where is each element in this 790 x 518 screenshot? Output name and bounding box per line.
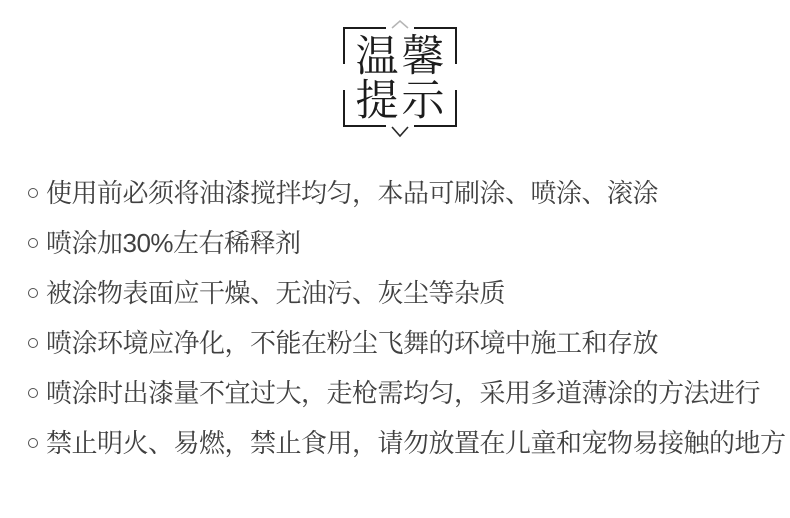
list-item: 禁止明火、易燃，禁止食用，请勿放置在儿童和宠物易接触的地方 xyxy=(28,428,773,458)
tip-text: 使用前必须将油漆搅拌均匀，本品可刷涂、喷涂、滚涂 xyxy=(46,178,658,208)
tips-title: 温馨 提示 xyxy=(343,27,457,127)
tips-title-line2: 提示 xyxy=(353,79,448,123)
bullet-circle-icon xyxy=(28,388,38,398)
tips-header-frame: 温馨 提示 xyxy=(343,27,457,127)
tips-title-line1: 温馨 xyxy=(353,35,448,79)
bullet-circle-icon xyxy=(28,288,38,298)
bullet-circle-icon xyxy=(28,238,38,248)
list-item: 喷涂环境应净化，不能在粉尘飞舞的环境中施工和存放 xyxy=(28,328,773,358)
tip-text: 被涂物表面应干燥、无油污、灰尘等杂质 xyxy=(46,278,505,308)
tips-panel: 温馨 提示 使用前必须将油漆搅拌均匀，本品可刷涂、喷涂、滚涂 喷涂加30%左右稀… xyxy=(0,0,790,518)
list-item: 被涂物表面应干燥、无油污、灰尘等杂质 xyxy=(28,278,773,308)
list-item: 喷涂加30%左右稀释剂 xyxy=(28,228,773,258)
tips-list: 使用前必须将油漆搅拌均匀，本品可刷涂、喷涂、滚涂 喷涂加30%左右稀释剂 被涂物… xyxy=(28,178,773,478)
bullet-circle-icon xyxy=(28,188,38,198)
tip-text: 喷涂加30%左右稀释剂 xyxy=(46,228,301,258)
chevron-down-icon xyxy=(389,126,411,138)
bullet-circle-icon xyxy=(28,338,38,348)
tip-text: 喷涂时出漆量不宜过大，走枪需均匀，采用多道薄涂的方法进行 xyxy=(46,378,760,408)
tip-text: 喷涂环境应净化，不能在粉尘飞舞的环境中施工和存放 xyxy=(46,328,658,358)
tip-text: 禁止明火、易燃，禁止食用，请勿放置在儿童和宠物易接触的地方 xyxy=(46,428,786,458)
list-item: 使用前必须将油漆搅拌均匀，本品可刷涂、喷涂、滚涂 xyxy=(28,178,773,208)
bullet-circle-icon xyxy=(28,438,38,448)
list-item: 喷涂时出漆量不宜过大，走枪需均匀，采用多道薄涂的方法进行 xyxy=(28,378,773,408)
